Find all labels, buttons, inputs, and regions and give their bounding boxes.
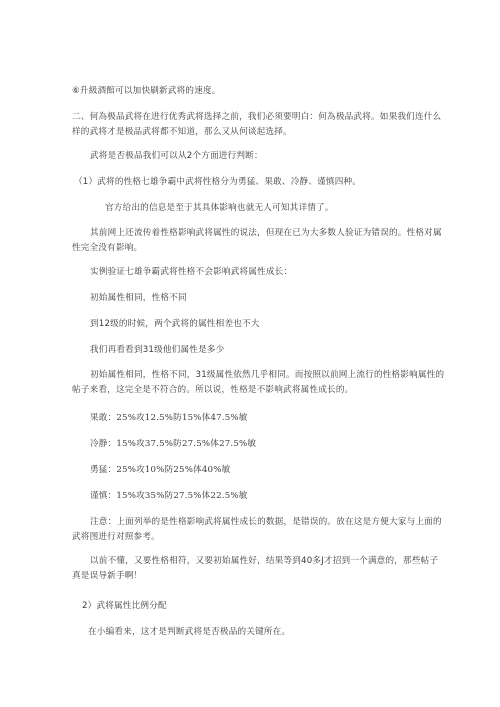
paragraph-key-point: 在小编看来，这才是判断武将是否极品的关键所在。 bbox=[88, 625, 290, 640]
stat-line-lengjing: 冷静：15%攻37.5%防27.5%体27.5%敏 bbox=[90, 437, 256, 452]
paragraph-rumor: 其前网上还流传着性格影响武将属性的说法，但现在已为大多数人验证为错误的。性格对属… bbox=[72, 226, 447, 256]
paragraph-initial-same: 初始属性相同，性格不同 bbox=[90, 291, 187, 306]
section-heading-personality: （1）武将的性格七雄争霸中武将性格分为勇猛、果敢、冷静、谨慎四种。 bbox=[74, 175, 361, 190]
stat-line-jinshen: 谨慎：15%攻35%防27.5%体22.5%敏 bbox=[90, 489, 248, 504]
section-heading-attribute-ratio: 2）武将属性比例分配 bbox=[82, 599, 167, 614]
paragraph-official-info: 官方给出的信息是至于其具体影响也就无人可知其详情了。 bbox=[105, 201, 334, 216]
paragraph-level-12: 到12级的时候，两个武将的属性相差也不大 bbox=[90, 317, 260, 332]
paragraph-experience: 以前不懂，又要性格相符，又要初始属性好，结果等到40多J才招到一个满意的，那些帖… bbox=[72, 554, 447, 584]
paragraph-what-is-elite: 二、何為极品武将在进行优秀武将选择之前，我们必须要明白：何為极品武将。如果我们连… bbox=[72, 110, 447, 140]
paragraph-note: 注意：上面列举的是性格影响武将属性成长的数据，是错误的。放在这是方便大家与上面的… bbox=[72, 515, 447, 545]
paragraph-tavern-upgrade: ⑥升級酒館可以加快刷新武将的速度。 bbox=[72, 84, 221, 99]
paragraph-two-aspects: 武将是否极品我们可以从2个方面进行判断： bbox=[90, 149, 263, 164]
stat-line-yongmeng: 勇猛：25%攻10%防25%体40%敏 bbox=[90, 463, 230, 478]
stat-line-guogan: 果敢：25%攻12.5%防15%体47.5%敏 bbox=[90, 411, 248, 426]
paragraph-level-31: 我们再看看到31级他们属性是多少 bbox=[90, 343, 224, 358]
paragraph-example-verification: 实例验证七雄争霸武将性格不会影响武将属性成长： bbox=[90, 265, 292, 280]
paragraph-conclusion: 初始属性相同，性格不同，31级属性依然几乎相同。而按照以前网上流行的性格影响属性… bbox=[72, 368, 447, 398]
